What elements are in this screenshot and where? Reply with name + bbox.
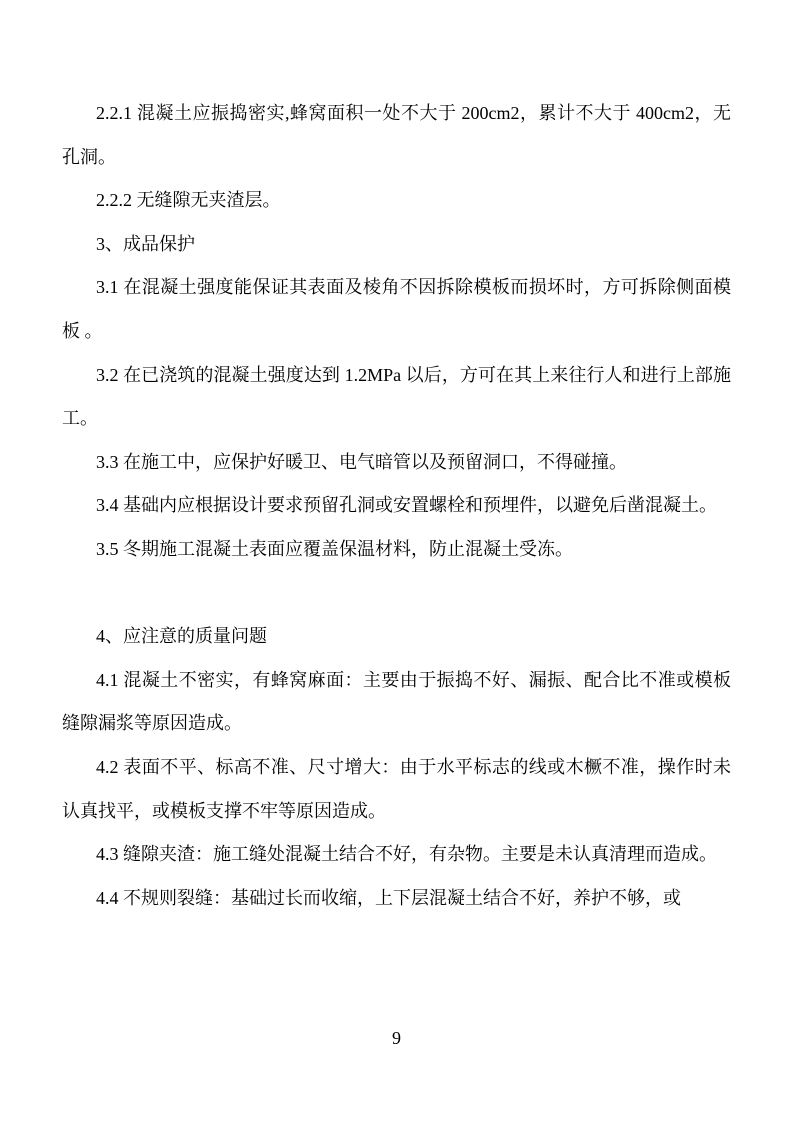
paragraph-4-2: 4.2 表面不平、标高不准、尺寸增大：由于水平标志的线或木橛不准，操作时未认真找… xyxy=(62,746,731,833)
paragraph-3-2: 3.2 在已浇筑的混凝土强度达到 1.2MPa 以后，方可在其上来往行人和进行上… xyxy=(62,354,731,441)
paragraph-3-1: 3.1 在混凝土强度能保证其表面及棱角不因拆除模板而损坏时，方可拆除侧面模板 。 xyxy=(62,266,731,353)
paragraph-4-1: 4.1 混凝土不密实，有蜂窝麻面：主要由于振捣不好、漏振、配合比不准或模板缝隙漏… xyxy=(62,659,731,746)
paragraph-4-3: 4.3 缝隙夹渣：施工缝处混凝土结合不好，有杂物。主要是未认真清理而造成。 xyxy=(62,833,731,877)
paragraph-4-4: 4.4 不规则裂缝：基础过长而收缩，上下层混凝土结合不好，养护不够，或 xyxy=(62,877,731,921)
document-content: 2.2.1 混凝土应振捣密实,蜂窝面积一处不大于 200cm2，累计不大于 40… xyxy=(62,92,731,920)
paragraph-2-2-1: 2.2.1 混凝土应振捣密实,蜂窝面积一处不大于 200cm2，累计不大于 40… xyxy=(62,92,731,179)
paragraph-3-4: 3.4 基础内应根据设计要求预留孔洞或安置螺栓和预埋件，以避免后凿混凝土。 xyxy=(62,484,731,528)
document-page: 2.2.1 混凝土应振捣密实,蜂窝面积一处不大于 200cm2，累计不大于 40… xyxy=(0,0,793,1122)
page-number: 9 xyxy=(0,1026,793,1050)
heading-section-4: 4、应注意的质量问题 xyxy=(62,615,731,659)
paragraph-3-3: 3.3 在施工中，应保护好暖卫、电气暗管以及预留洞口，不得碰撞。 xyxy=(62,441,731,485)
paragraph-3-5: 3.5 冬期施工混凝土表面应覆盖保温材料，防止混凝土受冻。 xyxy=(62,528,731,572)
paragraph-2-2-2: 2.2.2 无缝隙无夹渣层。 xyxy=(62,179,731,223)
heading-section-3: 3、成品保护 xyxy=(62,223,731,267)
blank-line xyxy=(62,572,731,616)
